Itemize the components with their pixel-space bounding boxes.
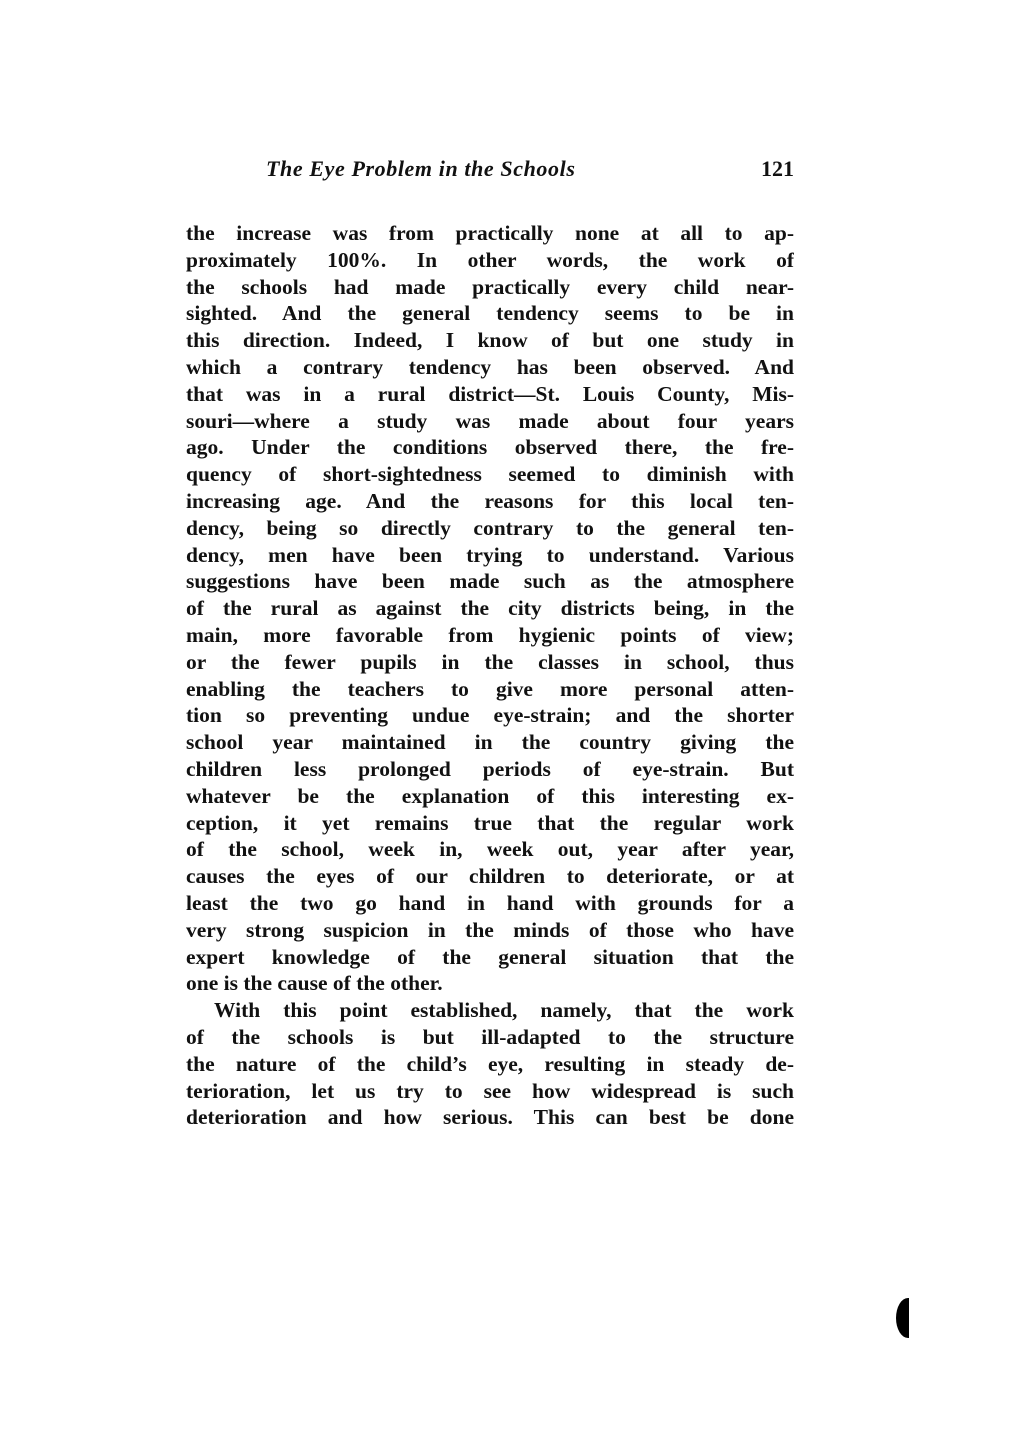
text-line: suggestions have been made such as the a… [186, 568, 794, 595]
book-page: The Eye Problem in the Schools 121 the i… [0, 0, 1010, 1454]
text-line: enabling the teachers to give more perso… [186, 676, 794, 703]
text-line: of the schools is but ill-adapted to the… [186, 1024, 794, 1051]
text-line: that was in a rural district—St. Louis C… [186, 381, 794, 408]
text-line: With this point established, namely, tha… [186, 997, 794, 1024]
text-line: school year maintained in the country gi… [186, 729, 794, 756]
text-line: tion so preventing undue eye-strain; and… [186, 702, 794, 729]
text-line: souri—where a study was made about four … [186, 408, 794, 435]
text-line: whatever be the explanation of this inte… [186, 783, 794, 810]
body-text: the increase was from practically none a… [186, 220, 794, 1131]
text-line: one is the cause of the other. [186, 970, 794, 997]
text-line: the schools had made practically every c… [186, 274, 794, 301]
text-line: quency of short-sightedness seemed to di… [186, 461, 794, 488]
text-line: proximately 100%. In other words, the wo… [186, 247, 794, 274]
text-line: of the rural as against the city distric… [186, 595, 794, 622]
text-line: ago. Under the conditions observed there… [186, 434, 794, 461]
text-line: ception, it yet remains true that the re… [186, 810, 794, 837]
text-line: this direction. Indeed, I know of but on… [186, 327, 794, 354]
text-line: the increase was from practically none a… [186, 220, 794, 247]
text-line: main, more favorable from hygienic point… [186, 622, 794, 649]
text-line: dency, men have been trying to understan… [186, 542, 794, 569]
text-line: deterioration and how serious. This can … [186, 1104, 794, 1131]
text-line: very strong suspicion in the minds of th… [186, 917, 794, 944]
running-title: The Eye Problem in the Schools [266, 156, 576, 182]
text-line: causes the eyes of our children to deter… [186, 863, 794, 890]
scan-artifact-mark [896, 1298, 909, 1338]
running-head: The Eye Problem in the Schools 121 [186, 156, 794, 186]
text-line: expert knowledge of the general situatio… [186, 944, 794, 971]
page-number: 121 [761, 156, 794, 182]
text-line: which a contrary tendency has been obser… [186, 354, 794, 381]
paragraph: the increase was from practically none a… [186, 220, 794, 997]
text-line: the nature of the child’s eye, resulting… [186, 1051, 794, 1078]
text-line: terioration, let us try to see how wides… [186, 1078, 794, 1105]
text-line: sighted. And the general tendency seems … [186, 300, 794, 327]
text-line: increasing age. And the reasons for this… [186, 488, 794, 515]
text-line: least the two go hand in hand with groun… [186, 890, 794, 917]
text-line: children less prolonged periods of eye-s… [186, 756, 794, 783]
text-line: or the fewer pupils in the classes in sc… [186, 649, 794, 676]
paragraph: With this point established, namely, tha… [186, 997, 794, 1131]
text-line: of the school, week in, week out, year a… [186, 836, 794, 863]
text-line: dency, being so directly contrary to the… [186, 515, 794, 542]
